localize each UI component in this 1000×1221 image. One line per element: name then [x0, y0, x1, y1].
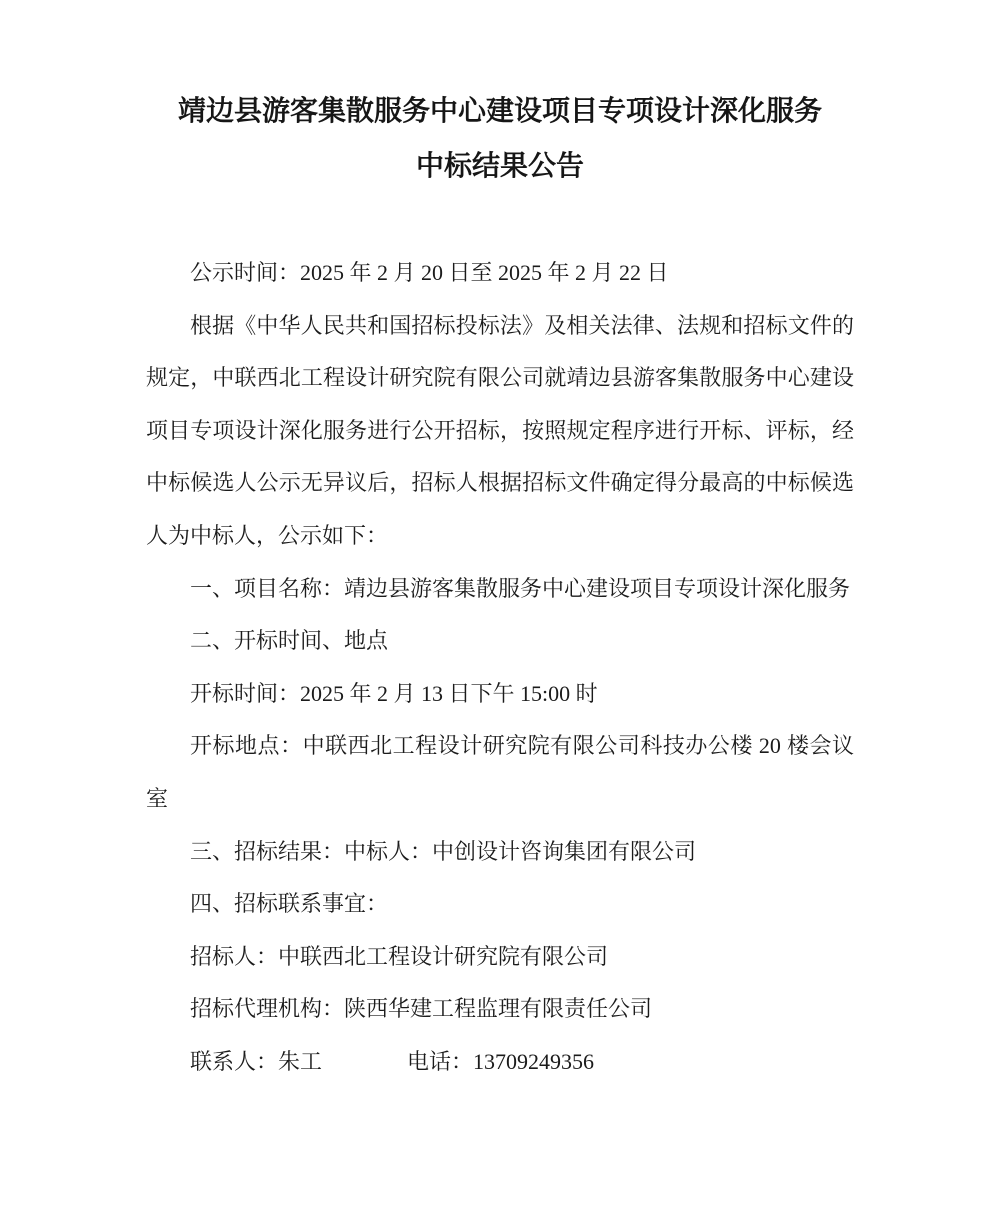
paragraph-publicity-period: 公示时间：2025 年 2 月 20 日至 2025 年 2 月 22 日: [146, 247, 854, 300]
contact-person: 联系人：朱工: [190, 1049, 322, 1074]
contact-phone: 电话：13709249356: [407, 1049, 594, 1074]
document-body: 公示时间：2025 年 2 月 20 日至 2025 年 2 月 22 日 根据…: [146, 247, 854, 1089]
title-line-2: 中标结果公告: [146, 139, 854, 194]
document-title: 靖边县游客集散服务中心建设项目专项设计深化服务 中标结果公告: [146, 84, 854, 194]
document-page: 靖边县游客集散服务中心建设项目专项设计深化服务 中标结果公告 公示时间：2025…: [0, 0, 1000, 1221]
title-line-1: 靖边县游客集散服务中心建设项目专项设计深化服务: [146, 84, 854, 139]
paragraph-legal-basis: 根据《中华人民共和国招标投标法》及相关法律、法规和招标文件的规定，中联西北工程设…: [146, 300, 854, 563]
paragraph-bid-opening-place: 开标地点：中联西北工程设计研究院有限公司科技办公楼 20 楼会议室: [146, 720, 854, 825]
paragraph-bid-opening-heading: 二、开标时间、地点: [146, 615, 854, 668]
contact-line: 联系人：朱工电话：13709249356: [146, 1036, 854, 1089]
paragraph-project-name: 一、项目名称：靖边县游客集散服务中心建设项目专项设计深化服务: [146, 563, 854, 616]
paragraph-bid-result: 三、招标结果：中标人：中创设计咨询集团有限公司: [146, 826, 854, 879]
paragraph-agency: 招标代理机构：陕西华建工程监理有限责任公司: [146, 983, 854, 1036]
paragraph-tenderer: 招标人：中联西北工程设计研究院有限公司: [146, 931, 854, 984]
document-content: 靖边县游客集散服务中心建设项目专项设计深化服务 中标结果公告 公示时间：2025…: [0, 0, 1000, 1089]
paragraph-contact-heading: 四、招标联系事宜：: [146, 878, 854, 931]
paragraph-bid-opening-time: 开标时间：2025 年 2 月 13 日下午 15:00 时: [146, 668, 854, 721]
